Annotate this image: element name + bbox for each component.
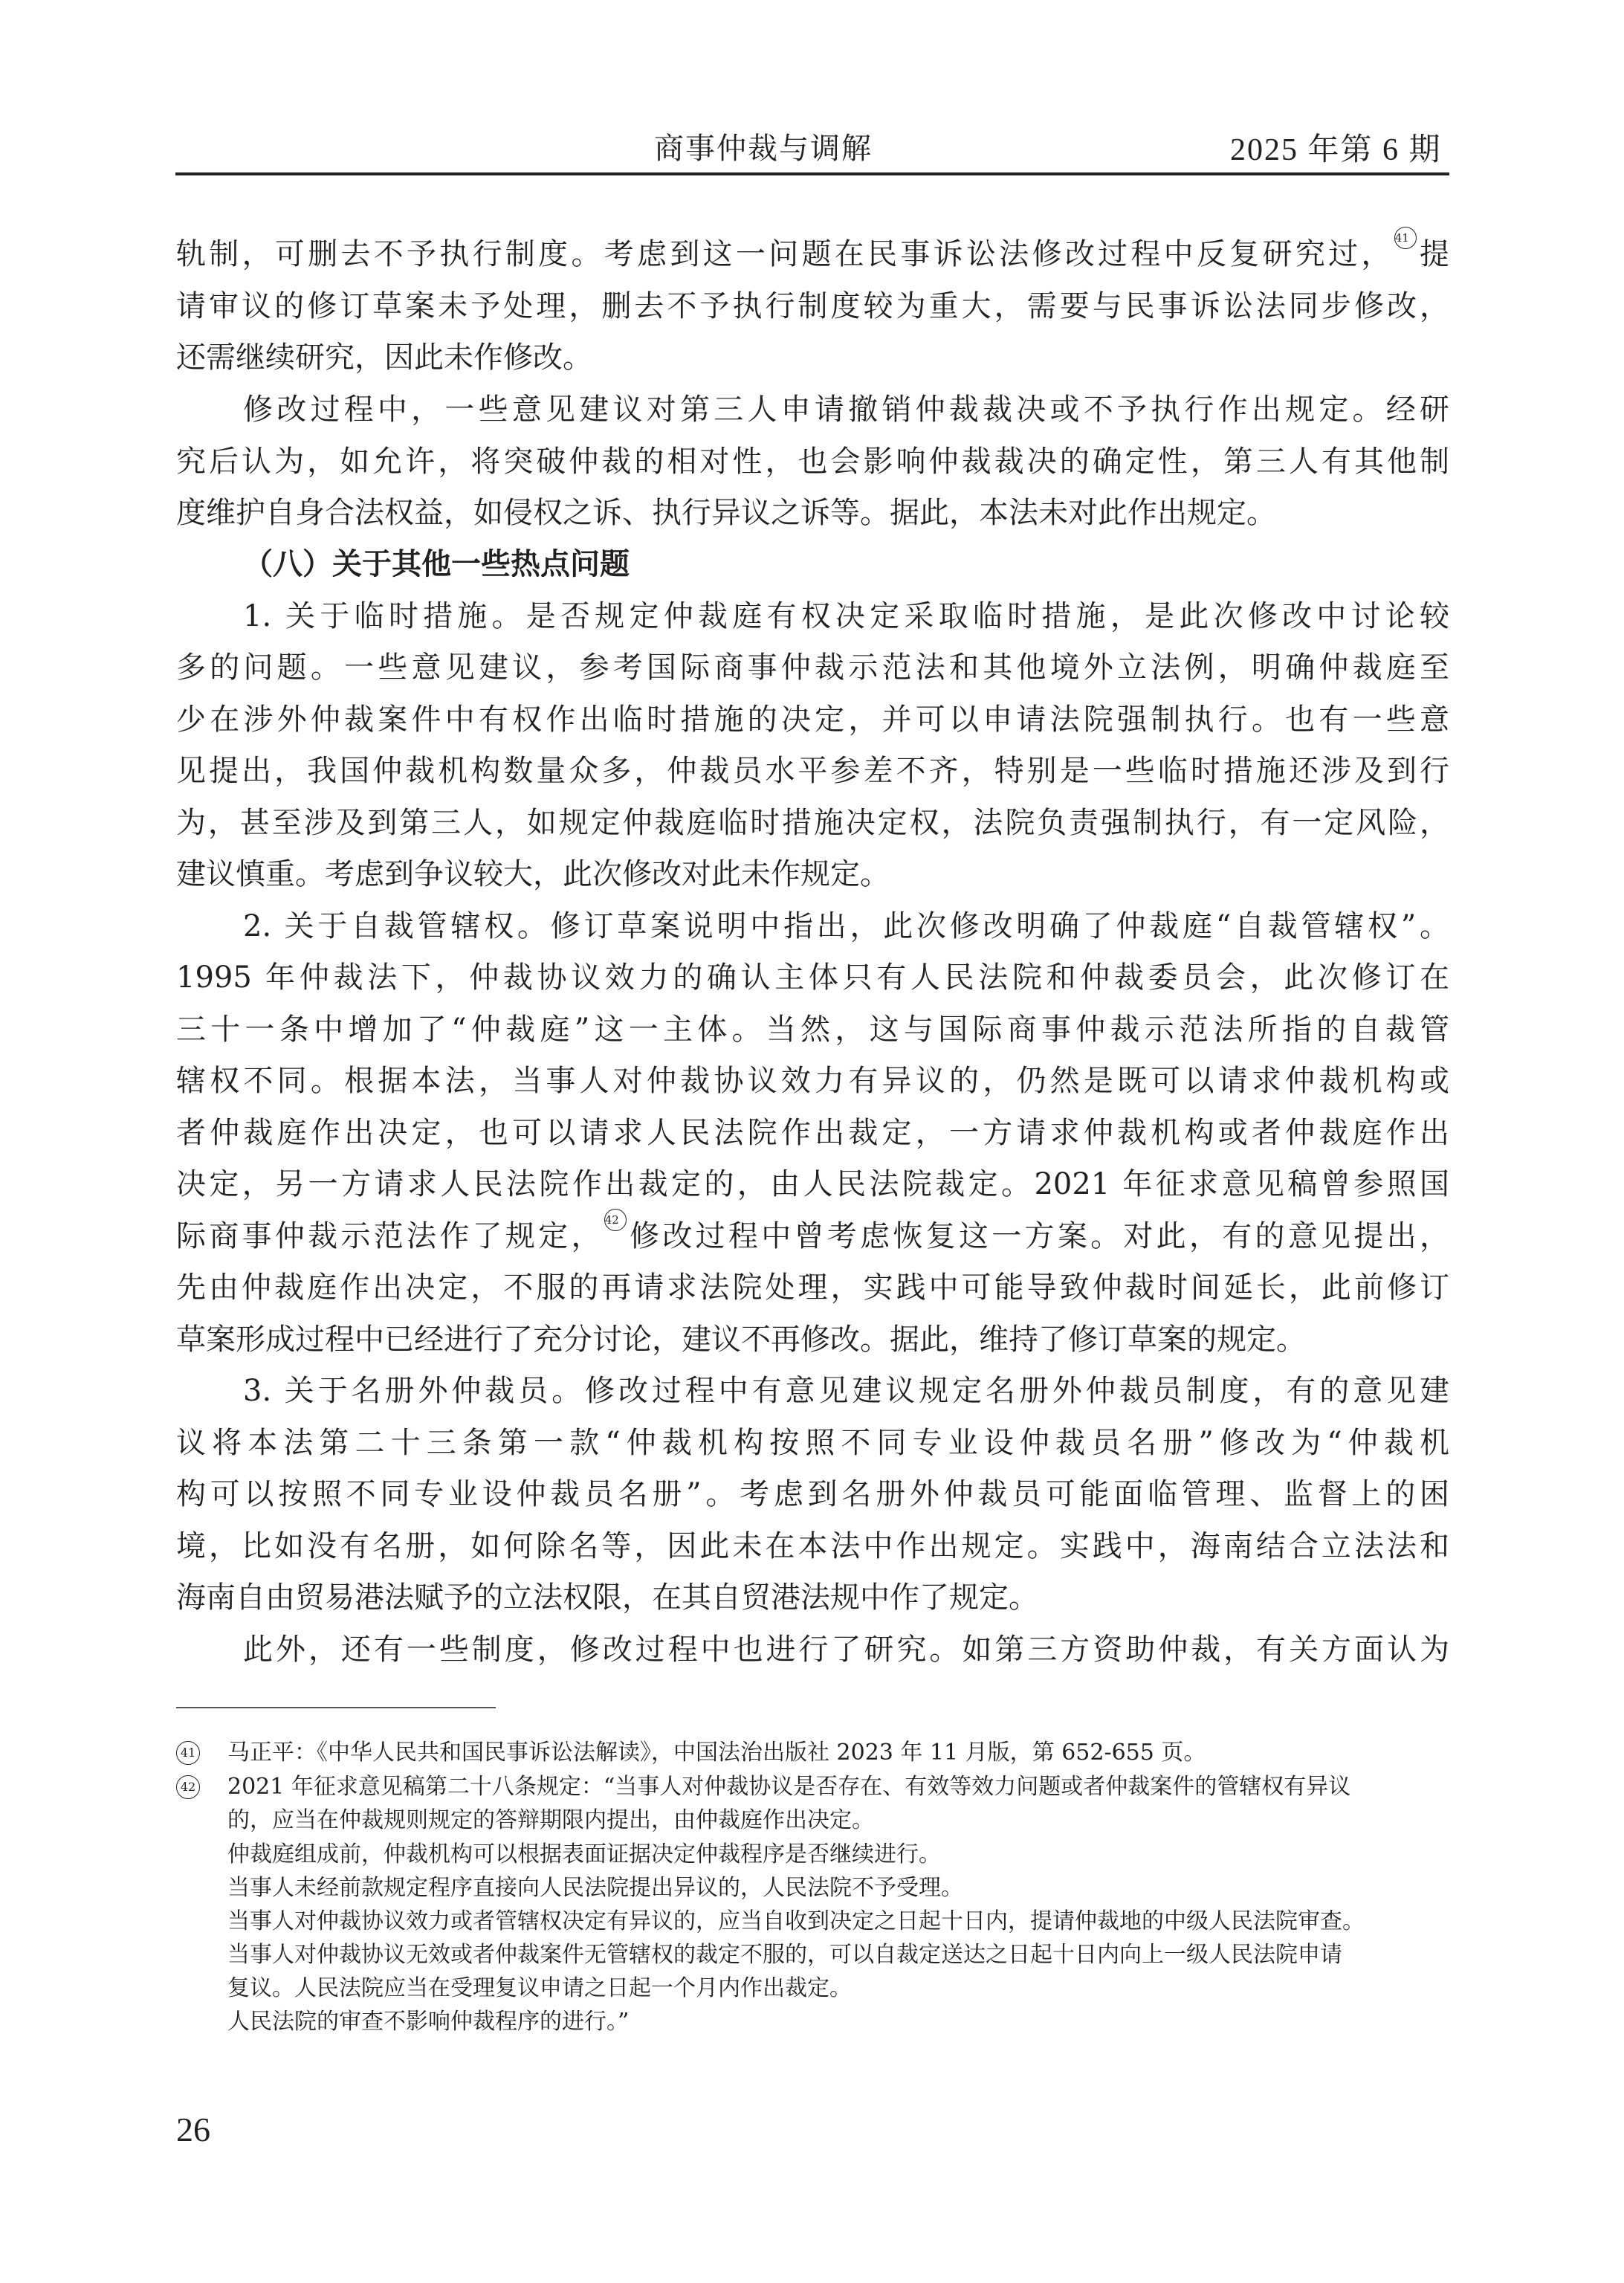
body-line: 者仲裁庭作出决定，也可以请求人民法院作出裁定，一方请求仲裁机构或者仲裁庭作出 [176, 1114, 1449, 1152]
body-line: 境，比如没有名册，如何除名等，因此未在本法中作出规定。实践中，海南结合立法法和 [176, 1528, 1449, 1565]
body-line: 1. 关于临时措施。是否规定仲裁庭有权决定采取临时措施，是此次修改中讨论较 [243, 598, 1449, 635]
body-line: 2. 关于自裁管辖权。修订草案说明中指出，此次修改明确了仲裁庭“自裁管辖权”。 [243, 908, 1449, 945]
footnote-marker-42: 42 [176, 1772, 200, 1802]
footnote-42-line: 仲裁庭组成前，仲裁机构可以根据表面证据决定仲裁程序是否继续进行。 [227, 1840, 941, 1870]
section-heading: （八）关于其他一些热点问题 [243, 546, 1449, 583]
body-line: 见提出，我国仲裁机构数量众多，仲裁员水平参差不齐，特别是一些临时措施还涉及到行 [176, 752, 1449, 789]
footnote-42-line: 的，应当在仲裁规则规定的答辩期限内提出，由仲裁庭作出决定。 [227, 1806, 874, 1835]
body-line: 决定，另一方请求人民法院作出裁定的，由人民法院裁定。2021 年征求意见稿曾参照… [176, 1166, 1449, 1203]
body-line: 议将本法第二十三条第一款“仲裁机构按照不同专业设仲裁员名册”修改为“仲裁机 [176, 1424, 1449, 1462]
body-line: 轨制，可删去不予执行制度。考虑到这一问题在民事诉讼法修改过程中反复研究过，41提 [176, 236, 1449, 273]
body-line: 3. 关于名册外仲裁员。修改过程中有意见建议规定名册外仲裁员制度，有的意见建 [243, 1372, 1449, 1409]
header-rule [175, 172, 1449, 175]
body-line: 少在涉外仲裁案件中有权作出临时措施的决定，并可以申请法院强制执行。也有一些意 [176, 701, 1449, 738]
footnote-42-line: 2021 年征求意见稿第二十八条规定：“当事人对仲裁协议是否存在、有效等效力问题… [227, 1772, 1350, 1802]
body-line: 为，甚至涉及到第三人，如规定仲裁庭临时措施决定权，法院负责强制执行，有一定风险， [176, 804, 1449, 842]
footnote-marker-41: 41 [176, 1738, 200, 1768]
body-line: 先由仲裁庭作出决定，不服的再请求法院处理，实践中可能导致仲裁时间延长，此前修订 [176, 1269, 1449, 1306]
running-header-issue: 2025 年第 6 期 [1230, 125, 1442, 169]
body-line: 际商事仲裁示范法作了规定，42修改过程中曾考虑恢复这一方案。对此，有的意见提出， [176, 1218, 1449, 1255]
body-line: 修改过程中，一些意见建议对第三人申请撤销仲裁裁决或不予执行作出规定。经研 [243, 391, 1449, 428]
footnote-41-text: 马正平：《中华人民共和国民事诉讼法解读》，中国法治出版社 2023 年 11 月… [227, 1738, 1206, 1768]
body-line: 建议慎重。考虑到争议较大，此次修改对此未作规定。 [176, 856, 1449, 893]
page-number: 26 [176, 2110, 210, 2149]
footnote-42-line: 人民法院的审查不影响仲裁程序的进行。” [227, 2007, 629, 2037]
body-line: 度维护自身合法权益，如侵权之诉、执行异议之诉等。据此，本法未对此作出规定。 [176, 494, 1449, 532]
body-line: 究后认为，如允许，将突破仲裁的相对性，也会影响仲裁裁决的确定性，第三人有其他制 [176, 443, 1449, 480]
footnote-separator [176, 1707, 496, 1708]
footnote-42-line: 复议。人民法院应当在受理复议申请之日起一个月内作出裁定。 [227, 1974, 852, 2003]
body-line: 此外，还有一些制度，修改过程中也进行了研究。如第三方资助仲裁，有关方面认为 [243, 1631, 1449, 1668]
body-line: 1995 年仲裁法下，仲裁协议效力的确认主体只有人民法院和仲裁委员会，此次修订在 [176, 959, 1449, 996]
body-line: 辖权不同。根据本法，当事人对仲裁协议效力有异议的，仍然是既可以请求仲裁机构或 [176, 1062, 1449, 1099]
footnote-42-line: 当事人未经前款规定程序直接向人民法院提出异议的，人民法院不予受理。 [227, 1873, 963, 1903]
body-line: 还需继续研究，因此未作修改。 [176, 339, 1449, 376]
body-line: 请审议的修订草案未予处理，删去不予执行制度较为重大，需要与民事诉讼法同步修改， [176, 288, 1449, 325]
body-line: 海南自由贸易港法赋予的立法权限，在其自贸港法规中作了规定。 [176, 1579, 1449, 1616]
body-line: 三十一条中增加了“仲裁庭”这一主体。当然，这与国际商事仲裁示范法所指的自裁管 [176, 1011, 1449, 1048]
footnote-ref-41[interactable]: 41 [1394, 239, 1417, 258]
footnote-ref-42[interactable]: 42 [604, 1221, 627, 1240]
body-line: 构可以按照不同专业设仲裁员名册”。考虑到名册外仲裁员可能面临管理、监督上的困 [176, 1476, 1449, 1513]
body-line: 草案形成过程中已经进行了充分讨论，建议不再修改。据此，维持了修订草案的规定。 [176, 1321, 1449, 1358]
body-line: 多的问题。一些意见建议，参考国际商事仲裁示范法和其他境外立法例，明确仲裁庭至 [176, 649, 1449, 686]
running-header-journal-title: 商事仲裁与调解 [654, 125, 873, 167]
footnote-42-line: 当事人对仲裁协议无效或者仲裁案件无管辖权的裁定不服的，可以自裁定送达之日起十日内… [227, 1940, 1342, 1970]
footnote-42-line: 当事人对仲裁协议效力或者管辖权决定有异议的，应当自收到决定之日起十日内，提请仲裁… [227, 1907, 1365, 1937]
